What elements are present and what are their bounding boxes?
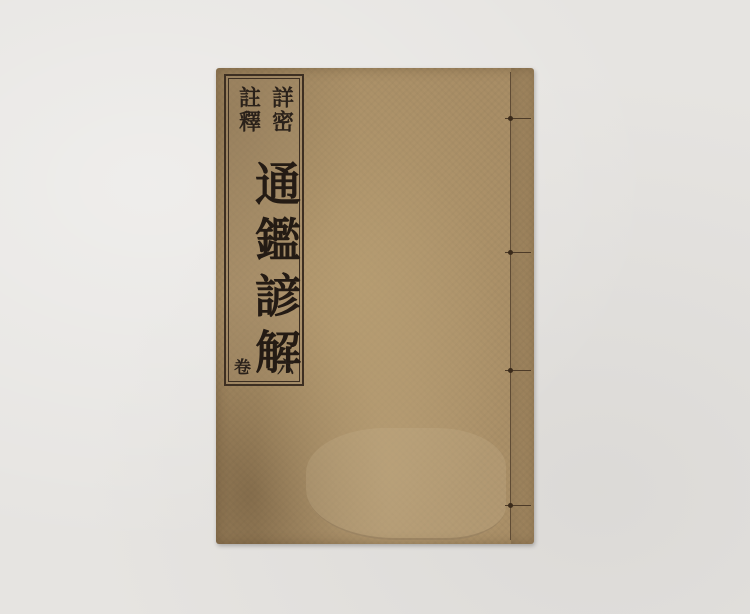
volume-marker: 卷 六 <box>234 353 294 378</box>
volume-number: 六 <box>277 353 294 378</box>
label-subtitle: 詳密 註釋 <box>232 86 298 134</box>
stitch-hole <box>505 370 531 371</box>
volume-label: 卷 <box>234 353 251 378</box>
subtitle-right: 詳密 <box>271 86 293 134</box>
title-label: 詳密 註釋 通鑑諺解 卷 六 <box>224 74 304 386</box>
subtitle-left: 註釋 <box>238 86 260 134</box>
binding-thread <box>510 72 511 540</box>
stitch-hole <box>505 252 531 253</box>
stitch-hole <box>505 505 531 506</box>
spine-strip <box>511 68 534 544</box>
book-title: 通鑑諺解 <box>234 160 298 384</box>
water-stain <box>306 428 506 540</box>
stitch-hole <box>505 118 531 119</box>
book-cover: 詳密 註釋 通鑑諺解 卷 六 <box>216 68 534 544</box>
